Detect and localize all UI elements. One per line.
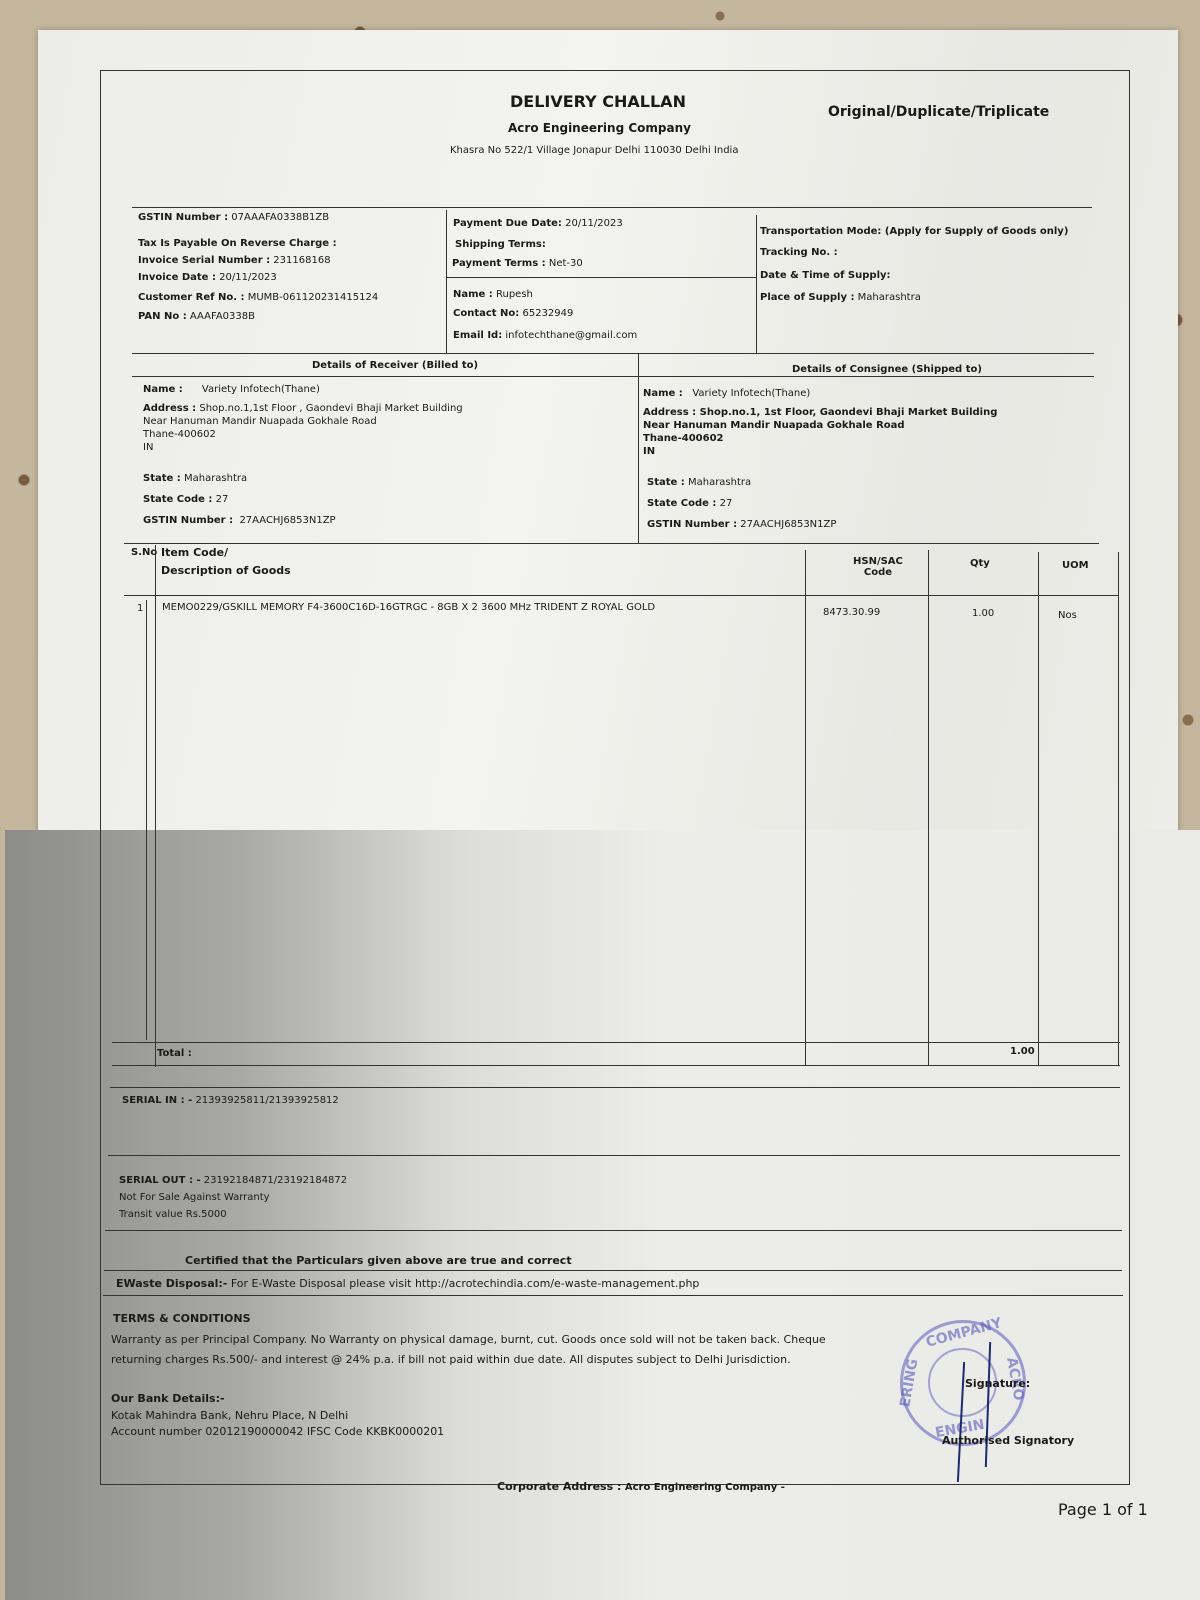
gstin-value: 07AAAFA0338B1ZB: [231, 212, 329, 223]
serial-out-block: SERIAL OUT : - 23192184871/23192184872 N…: [119, 1172, 347, 1223]
payment-due-row: Payment Due Date: 20/11/2023: [453, 218, 623, 229]
page-number: Page 1 of 1: [1058, 1500, 1148, 1519]
consignee-state-code-label: State Code :: [647, 498, 716, 509]
divider: [446, 277, 756, 278]
authorised-signatory: Authorised Signatory: [942, 1434, 1074, 1447]
divider: [756, 215, 757, 353]
receiver-gstin-label: GSTIN Number :: [143, 515, 233, 526]
col-header-hsn-line2: Code: [853, 567, 903, 578]
payment-terms-value: Net-30: [549, 258, 583, 269]
pan-value: AAAFA0338B: [190, 311, 255, 322]
row1-hsn: 8473.30.99: [823, 607, 880, 618]
receiver-address-line1: Shop.no.1,1st Floor , Gaondevi Bhaji Mar…: [199, 403, 462, 414]
divider: [1038, 552, 1039, 1065]
divider: [124, 595, 1119, 596]
gstin-row: GSTIN Number : 07AAAFA0338B1ZB: [138, 212, 329, 223]
serial-in-row: SERIAL IN : - 21393925811/21393925812: [122, 1095, 339, 1106]
divider: [446, 210, 447, 353]
company-name: Acro Engineering Company: [508, 121, 691, 135]
receiver-address-line3: Thane-400602: [143, 428, 623, 441]
corporate-address-label: Corporate Address :: [497, 1480, 621, 1493]
row1-uom: Nos: [1058, 610, 1077, 621]
place-of-supply-label: Place of Supply :: [760, 292, 854, 303]
divider: [124, 543, 1099, 544]
consignee-address-line2: Near Hanuman Mandir Nuapada Gokhale Road: [643, 419, 1093, 432]
receiver-address-line4: IN: [143, 441, 623, 454]
divider: [1118, 552, 1119, 1065]
receiver-state-label: State :: [143, 473, 181, 484]
divider: [110, 1087, 1120, 1088]
consignee-state-label: State :: [647, 477, 685, 488]
ewaste-text: For E-Waste Disposal please visit http:/…: [231, 1277, 700, 1290]
consignee-state-code: 27: [720, 498, 733, 509]
divider: [805, 550, 806, 1065]
receiver-gstin: 27AACHJ6853N1ZP: [239, 515, 335, 526]
document-title: DELIVERY CHALLAN: [510, 92, 686, 111]
email-row: Email Id: infotechthane@gmail.com: [453, 330, 637, 341]
consignee-block: Name : Variety Infotech(Thane) Address :…: [643, 387, 1093, 531]
consignee-address-line3: Thane-400602: [643, 432, 1093, 445]
corporate-address-value: Acro Engineering Company -: [625, 1482, 785, 1493]
reverse-charge-label: Tax Is Payable On Reverse Charge :: [138, 238, 337, 249]
serial-in-label: SERIAL IN : -: [122, 1095, 192, 1106]
invoice-serial-value: 231168168: [273, 255, 330, 266]
terms-line1: Warranty as per Principal Company. No Wa…: [111, 1330, 826, 1350]
contact-no-value: 65232949: [522, 308, 573, 319]
invoice-date-label: Invoice Date :: [138, 272, 216, 283]
place-of-supply-row: Place of Supply : Maharashtra: [760, 292, 921, 303]
divider: [105, 1230, 1122, 1231]
bank-heading: Our Bank Details:-: [111, 1392, 225, 1405]
receiver-state: Maharashtra: [184, 473, 247, 484]
invoice-serial-label: Invoice Serial Number :: [138, 255, 270, 266]
consignee-state: Maharashtra: [688, 477, 751, 488]
place-of-supply-value: Maharashtra: [858, 292, 921, 303]
email-label: Email Id:: [453, 330, 502, 341]
consignee-name-label: Name :: [643, 388, 683, 399]
divider: [132, 207, 1092, 208]
invoice-date-value: 20/11/2023: [219, 272, 277, 283]
contact-no-label: Contact No:: [453, 308, 519, 319]
consignee-gstin: 27AACHJ6853N1ZP: [740, 519, 836, 530]
col-header-hsn-line1: HSN/SAC: [853, 556, 903, 567]
total-qty: 1.00: [1010, 1046, 1035, 1057]
receiver-address-label: Address :: [143, 403, 196, 414]
gstin-label: GSTIN Number :: [138, 212, 228, 223]
divider: [928, 550, 929, 1065]
receiver-heading: Details of Receiver (Billed to): [312, 360, 478, 371]
consignee-name: Variety Infotech(Thane): [692, 388, 810, 399]
consignee-address-label: Address :: [643, 407, 696, 418]
serial-out-value: 23192184871/23192184872: [204, 1175, 347, 1186]
bank-block: Kotak Mahindra Bank, Nehru Place, N Delh…: [111, 1408, 444, 1440]
pan-label: PAN No :: [138, 311, 187, 322]
contact-name-label: Name :: [453, 289, 493, 300]
payment-due-label: Payment Due Date:: [453, 218, 562, 229]
row1-sno: 1: [137, 603, 143, 614]
receiver-address-line2: Near Hanuman Mandir Nuapada Gokhale Road: [143, 415, 623, 428]
consignee-gstin-label: GSTIN Number :: [647, 519, 737, 530]
invoice-date-row: Invoice Date : 20/11/2023: [138, 272, 277, 283]
col-header-hsn: HSN/SAC Code: [853, 556, 903, 578]
bank-line2: Account number 02012190000042 IFSC Code …: [111, 1424, 444, 1440]
pan-row: PAN No : AAAFA0338B: [138, 311, 255, 322]
divider: [103, 1295, 1123, 1296]
serial-note-warranty: Not For Sale Against Warranty: [119, 1189, 347, 1206]
customer-ref-label: Customer Ref No. :: [138, 292, 245, 303]
divider: [112, 1042, 1120, 1043]
serial-in-value: 21393925811/21393925812: [195, 1095, 338, 1106]
col-header-uom: UOM: [1062, 560, 1089, 571]
divider: [155, 545, 156, 1067]
contact-name-value: Rupesh: [496, 289, 533, 300]
payment-terms-row: Payment Terms : Net-30: [452, 258, 583, 269]
total-label: Total :: [157, 1048, 192, 1059]
divider: [146, 600, 147, 1040]
corporate-address-row: Corporate Address : Acro Engineering Com…: [497, 1480, 785, 1493]
ewaste-label: EWaste Disposal:-: [116, 1277, 227, 1290]
receiver-block: Name : Variety Infotech(Thane) Address :…: [143, 383, 623, 527]
receiver-name-label: Name :: [143, 384, 183, 395]
consignee-heading: Details of Consignee (Shipped to): [792, 364, 982, 375]
consignee-address-line4: IN: [643, 445, 1093, 458]
serial-out-label: SERIAL OUT : -: [119, 1175, 201, 1186]
row1-description: MEMO0229/GSKILL MEMORY F4-3600C16D-16GTR…: [162, 602, 655, 613]
bank-line1: Kotak Mahindra Bank, Nehru Place, N Delh…: [111, 1408, 444, 1424]
customer-ref-row: Customer Ref No. : MUMB-061120231415124: [138, 292, 378, 303]
divider: [132, 376, 1094, 377]
terms-block: Warranty as per Principal Company. No Wa…: [111, 1330, 826, 1370]
invoice-serial-row: Invoice Serial Number : 231168168: [138, 255, 331, 266]
signature-label: Signature:: [965, 1377, 1030, 1390]
supply-datetime-label: Date & Time of Supply:: [760, 270, 891, 281]
divider: [132, 353, 1094, 354]
certification-text: Certified that the Particulars given abo…: [185, 1254, 572, 1267]
divider: [638, 353, 639, 543]
col-header-item-code: Item Code/: [161, 546, 228, 559]
payment-due-value: 20/11/2023: [565, 218, 623, 229]
col-header-description: Description of Goods: [161, 564, 291, 577]
tracking-label: Tracking No. :: [760, 247, 838, 258]
consignee-address-line1: Shop.no.1, 1st Floor, Gaondevi Bhaji Mar…: [700, 407, 998, 418]
copy-label: Original/Duplicate/Triplicate: [828, 104, 1049, 120]
col-header-qty: Qty: [970, 558, 990, 569]
row1-qty: 1.00: [972, 608, 994, 619]
transport-mode-label: Transportation Mode: (Apply for Supply o…: [760, 226, 1068, 237]
terms-heading: TERMS & CONDITIONS: [113, 1312, 251, 1325]
receiver-state-code-label: State Code :: [143, 494, 212, 505]
serial-note-transit: Transit value Rs.5000: [119, 1206, 347, 1223]
col-header-sno: S.No: [131, 547, 157, 558]
divider: [104, 1270, 1122, 1271]
terms-line2: returning charges Rs.500/- and interest …: [111, 1350, 826, 1370]
payment-terms-label: Payment Terms :: [452, 258, 546, 269]
email-value: infotechthane@gmail.com: [505, 330, 637, 341]
customer-ref-value: MUMB-061120231415124: [248, 292, 378, 303]
contact-name-row: Name : Rupesh: [453, 289, 533, 300]
receiver-name: Variety Infotech(Thane): [202, 384, 320, 395]
divider: [112, 1065, 1120, 1066]
receiver-state-code: 27: [216, 494, 229, 505]
company-address: Khasra No 522/1 Village Jonapur Delhi 11…: [450, 145, 738, 156]
contact-no-row: Contact No: 65232949: [453, 308, 573, 319]
ewaste-row: EWaste Disposal:- For E-Waste Disposal p…: [116, 1277, 699, 1290]
shipping-terms-label: Shipping Terms:: [455, 239, 546, 250]
divider: [108, 1155, 1120, 1156]
